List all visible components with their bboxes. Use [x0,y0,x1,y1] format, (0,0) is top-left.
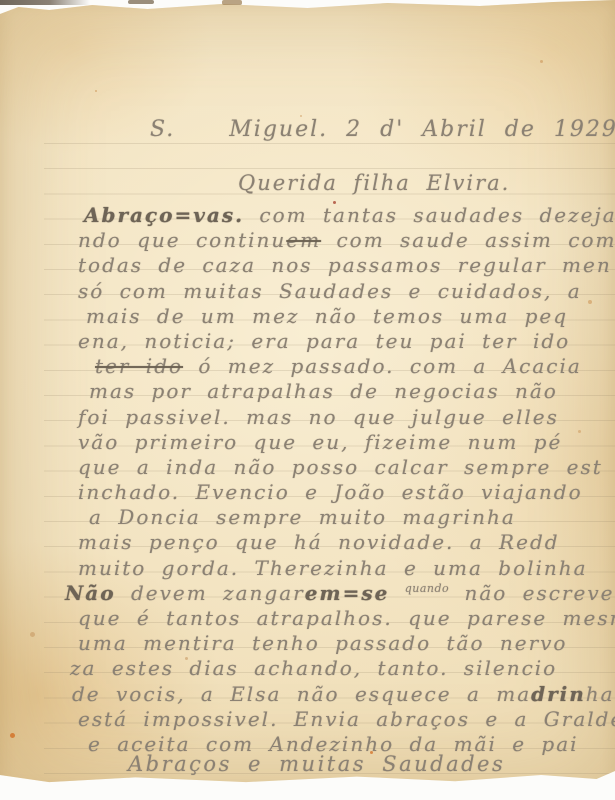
letter-line: ndo que continuem com saude assim com [78,228,615,253]
letter-line: que a inda não posso calcar sempre est [78,455,615,480]
closing-line: Abraços e muitas Saudades [128,752,505,776]
letter-line: só com muitas Saudades e cuidados, a [78,279,615,304]
letter-line: de vocis, a Elsa não esquece a madrinha [72,682,615,707]
letter-paper: S. Miguel. 2 d' Abril de 1929. Querida f… [0,0,615,790]
paper-edge-mark [0,0,90,5]
letter-line: Não devem zangarem=se quando não escreve… [65,581,615,606]
letter-line: muito gorda. Therezinha e uma bolinha [78,556,615,581]
letter-line: está impossivel. Envia abraços e a Grald… [78,707,615,732]
flourish-underline [352,775,537,790]
letter-line: ter ido ó mez passado. com a Acacia [95,354,615,379]
paper-speck [540,60,543,63]
letter-line: vão primeiro que eu, fizeime num pé [78,430,615,455]
letter-line: uma mentira tenho passado tão nervo [78,631,615,656]
letter-line: que é tantos atrapalhos. que parese mesm [78,606,615,631]
letter-line: mas por atrapalhas de negocias não [89,379,615,404]
letter-line: mais penço que há novidade. a Redd [78,530,615,555]
letter-line: foi passivel. mas no que julgue elles [78,405,615,430]
body-lines: Abraço=vas. com tantas saudades dezejand… [78,203,615,757]
letter-line: ena, noticia; era para teu pai ter ido [78,329,615,354]
letter-line: mais de um mez não temos uma peq [86,304,615,329]
paper-speck [95,90,97,92]
paper-speck [30,632,35,637]
letter-line: todas de caza nos passamos regular men [78,253,615,278]
letter-line: Abraço=vas. com tantas saudades dezeja [84,203,615,228]
letter-scan: S. Miguel. 2 d' Abril de 1929. Querida f… [0,0,615,800]
letter-line: a Doncia sempre muito magrinha [89,505,615,530]
letter-line: inchado. Evencio e João estão viajando [78,480,615,505]
paper-edge-mark [128,0,154,4]
letter-line: za estes dias achando, tanto. silencio [70,656,615,681]
date-line: S. Miguel. 2 d' Abril de 1929. [150,117,615,142]
paper-speck [10,733,15,738]
salutation-line: Querida filha Elvira. [238,171,510,195]
